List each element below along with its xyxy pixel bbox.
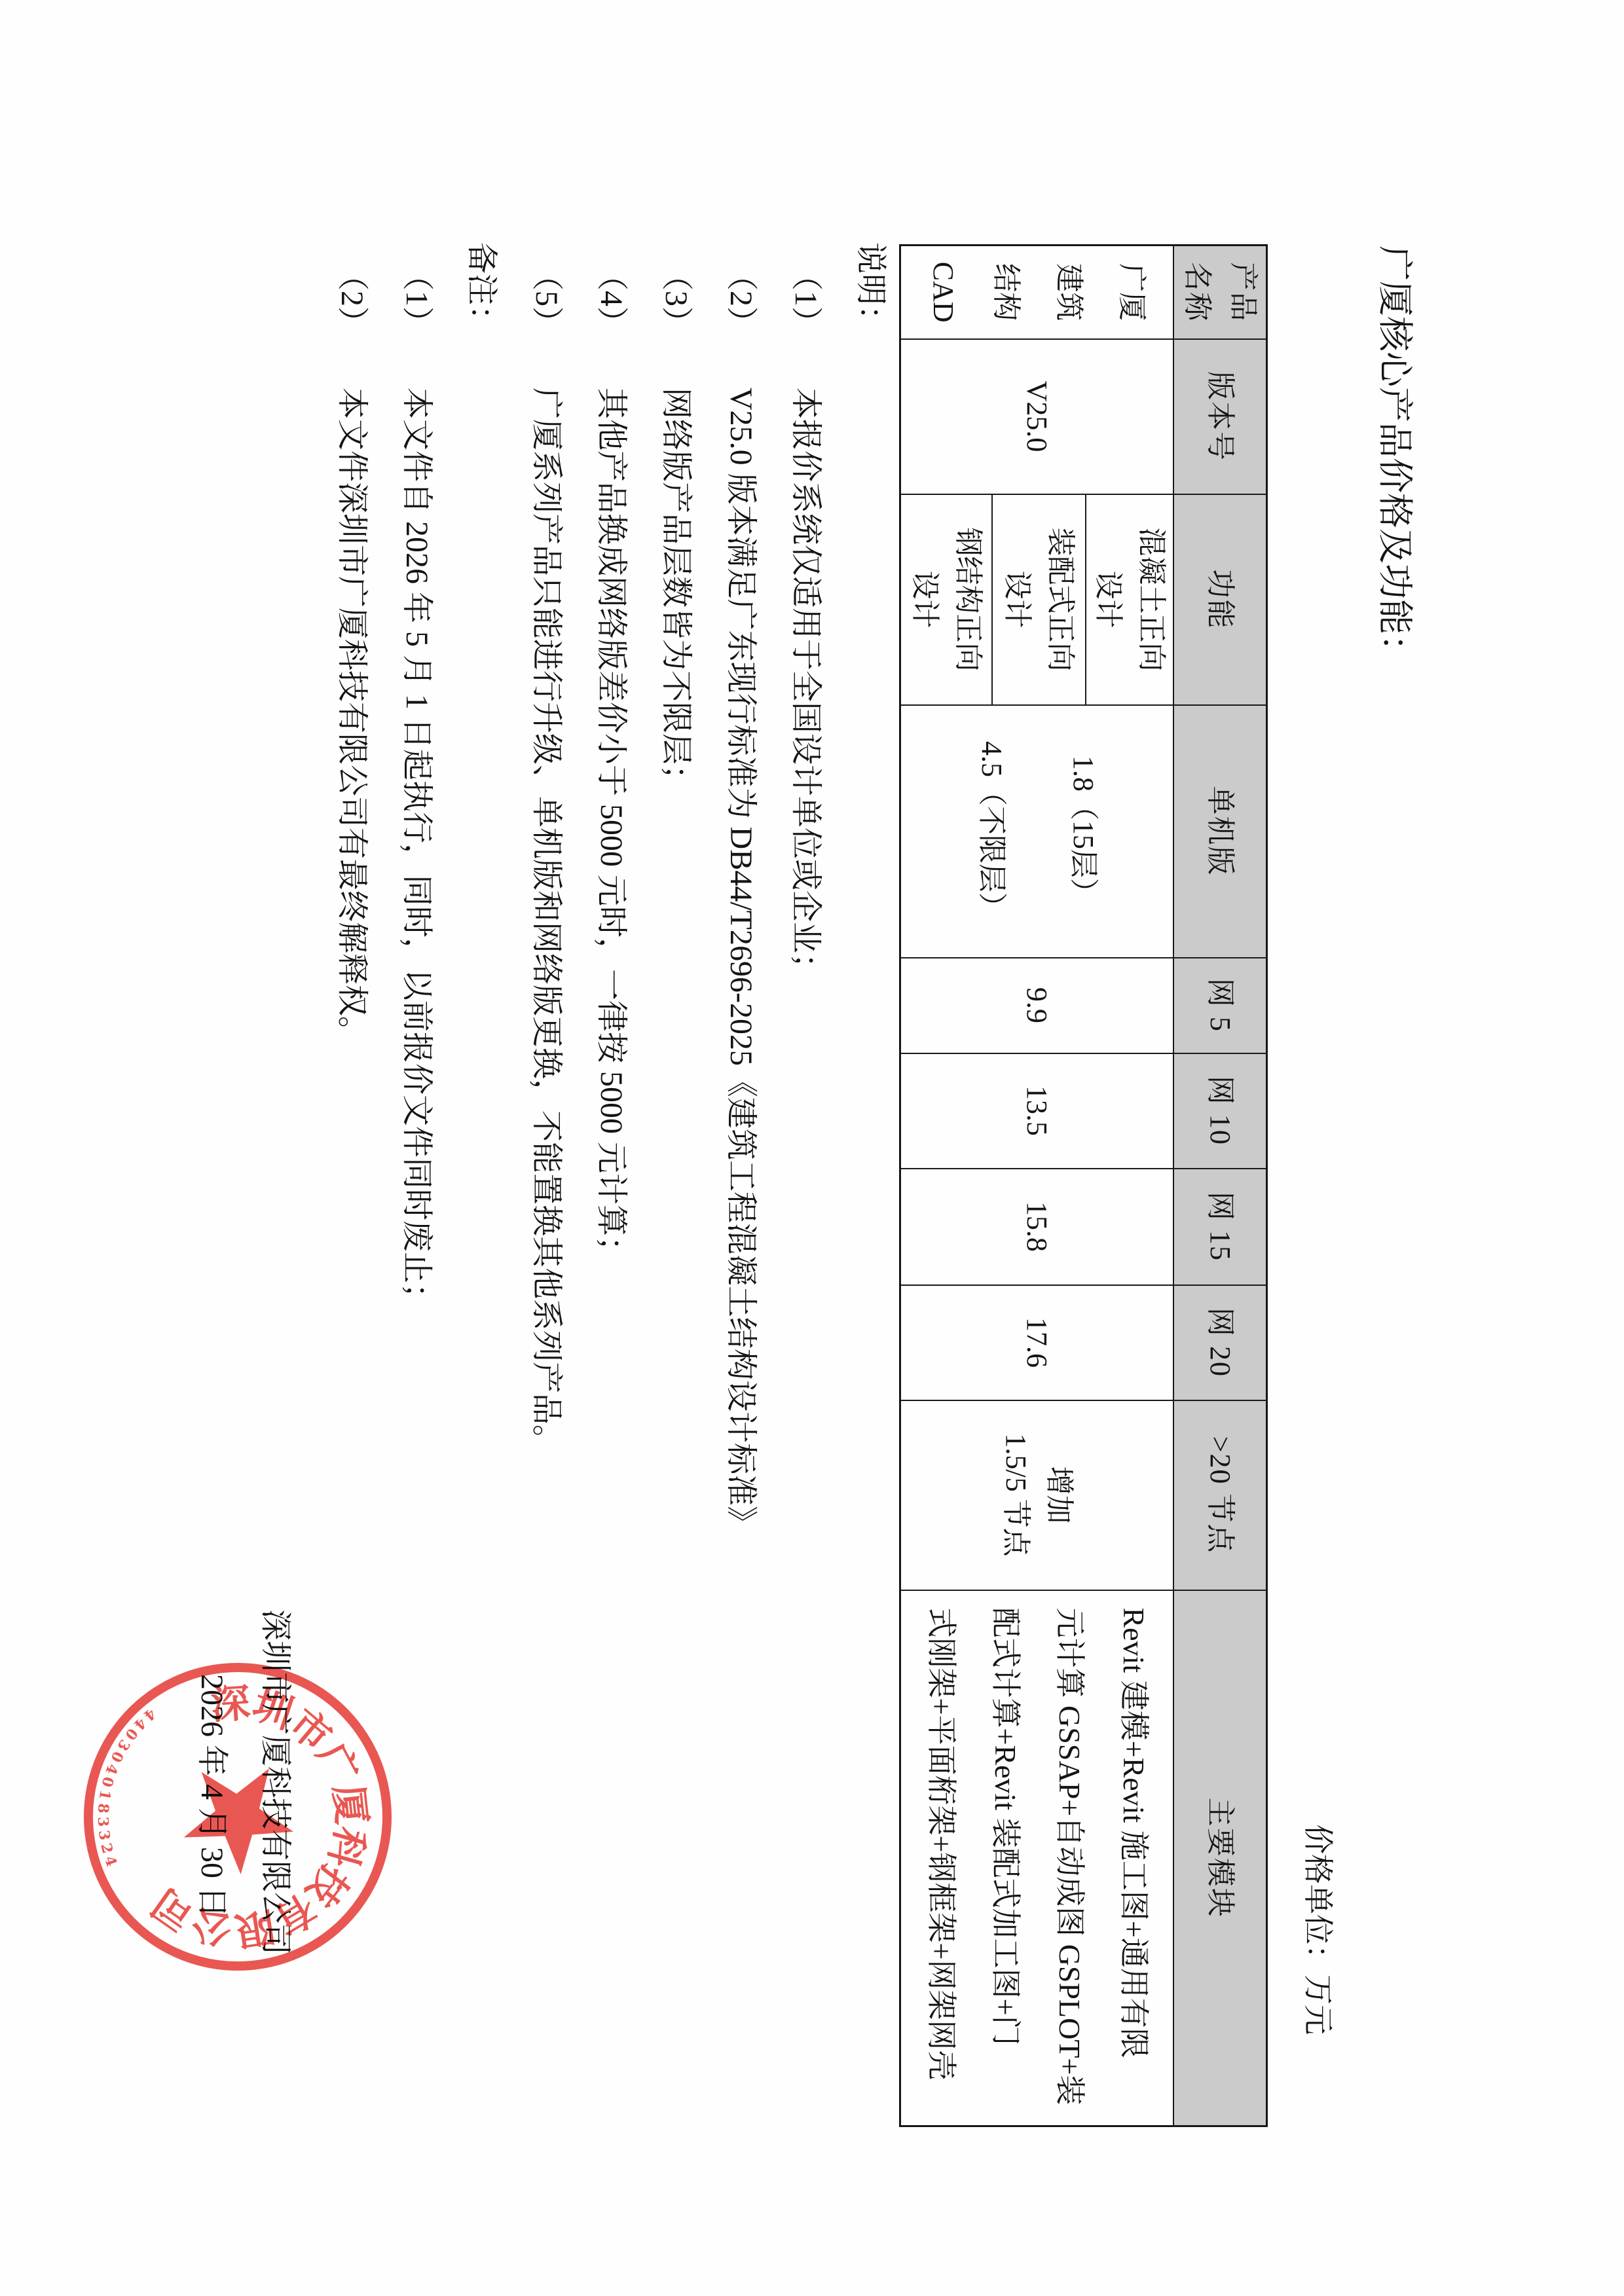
price-table: 产品 名称 版本号 功能 单机版 网 5 网 10 网 15 网 20 >20 … — [900, 244, 1268, 2127]
note-text: 本报价系统仅适用于全国设计单位或企业； — [773, 388, 838, 985]
notes-heading-line: 说明： — [838, 0, 903, 2296]
note-text: 广厦系列产品只能进行升级、单机版和网络版更换，不能置换其他系列产品。 — [514, 388, 579, 1456]
document-page: 广厦核心产品价格及功能： 价格单位：万元 产品 名称 版本号 功能 单机版 网 … — [0, 0, 1624, 2296]
cell-net15-price: 15.8 — [900, 1169, 1173, 1285]
table-row: 广厦 建筑 结构 CAD V25.0 混凝土正向 设计 1.8（15层） 4.5… — [1086, 246, 1173, 2126]
cell-net20-price: 17.6 — [900, 1285, 1173, 1400]
note-text: V25.0 版本满足广东现行标准为 DB44/T2696-2025《建筑工程混凝… — [709, 388, 773, 1537]
cell-function-concrete: 混凝土正向 设计 — [1086, 494, 1173, 705]
note-item: （5） 广厦系列产品只能进行升级、单机版和网络版更换，不能置换其他系列产品。 — [514, 0, 579, 2296]
table-header-row: 产品 名称 版本号 功能 单机版 网 5 网 10 网 15 网 20 >20 … — [1173, 246, 1267, 2126]
header-function: 功能 — [1173, 494, 1267, 705]
remark-text: 本文件深圳市广厦科技有限公司有最终解释权。 — [320, 388, 384, 1048]
header-net10: 网 10 — [1173, 1053, 1267, 1169]
header-over20: >20 节点 — [1173, 1400, 1267, 1590]
cell-net5-price: 9.9 — [900, 958, 1173, 1053]
header-version: 版本号 — [1173, 339, 1267, 494]
note-label: （4） — [579, 259, 644, 338]
note-item: （2） V25.0 版本满足广东现行标准为 DB44/T2696-2025《建筑… — [709, 0, 773, 2296]
note-label: （3） — [644, 259, 709, 338]
cell-over20-price: 增加 1.5/5 节点 — [900, 1400, 1173, 1590]
cell-product-name: 广厦 建筑 结构 CAD — [900, 246, 1173, 339]
remarks-heading: 备注： — [449, 242, 514, 337]
notes-heading: 说明： — [838, 242, 903, 337]
cell-standalone-price: 1.8（15层） 4.5（不限层） — [900, 705, 1173, 958]
remark-text: 本文件自 2026 年 5 月 1 日起执行，同时，以前报价文件同时废止； — [384, 388, 449, 1315]
note-text: 其他产品换成网络版差价小于 5000 元时，一律按 5000 元计算； — [579, 388, 644, 1267]
note-label: （1） — [773, 259, 838, 338]
header-standalone: 单机版 — [1173, 705, 1267, 958]
notes-section: 说明： （1） 本报价系统仅适用于全国设计单位或企业； （2） V25.0 版本… — [320, 0, 903, 2296]
note-item: （3） 网络版产品层数皆为不限层； — [644, 0, 709, 2296]
header-product-name: 产品 名称 — [1173, 246, 1267, 339]
cell-version: V25.0 — [900, 339, 1173, 494]
note-item: （1） 本报价系统仅适用于全国设计单位或企业； — [773, 0, 838, 2296]
note-item: （4） 其他产品换成网络版差价小于 5000 元时，一律按 5000 元计算； — [579, 0, 644, 2296]
company-seal-icon: 深圳市广厦科技有限公司 4403040183324 — [74, 1653, 401, 1980]
header-net20: 网 20 — [1173, 1285, 1267, 1400]
document-title: 广厦核心产品价格及功能： — [1377, 246, 1412, 670]
cell-function-steel: 钢结构正向 设计 — [900, 494, 992, 705]
note-text: 网络版产品层数皆为不限层； — [644, 388, 709, 796]
price-unit-label: 价格单位：万元 — [1302, 1824, 1333, 2035]
cell-main-modules: Revit 建模+Revit 施工图+通用有限 元计算 GSSAP+自动成图 G… — [900, 1590, 1173, 2126]
note-label: （5） — [514, 259, 579, 338]
seal-star-icon — [179, 1752, 308, 1885]
header-net5: 网 5 — [1173, 958, 1267, 1053]
note-label: （2） — [709, 259, 773, 338]
header-modules: 主要模块 — [1173, 1590, 1267, 2126]
remark-label: （1） — [384, 259, 449, 338]
cell-net10-price: 13.5 — [900, 1053, 1173, 1169]
header-net15: 网 15 — [1173, 1169, 1267, 1285]
remark-label: （2） — [320, 259, 384, 338]
remarks-heading-line: 备注： — [449, 0, 514, 2296]
cell-function-prefab: 装配式正向 设计 — [992, 494, 1086, 705]
